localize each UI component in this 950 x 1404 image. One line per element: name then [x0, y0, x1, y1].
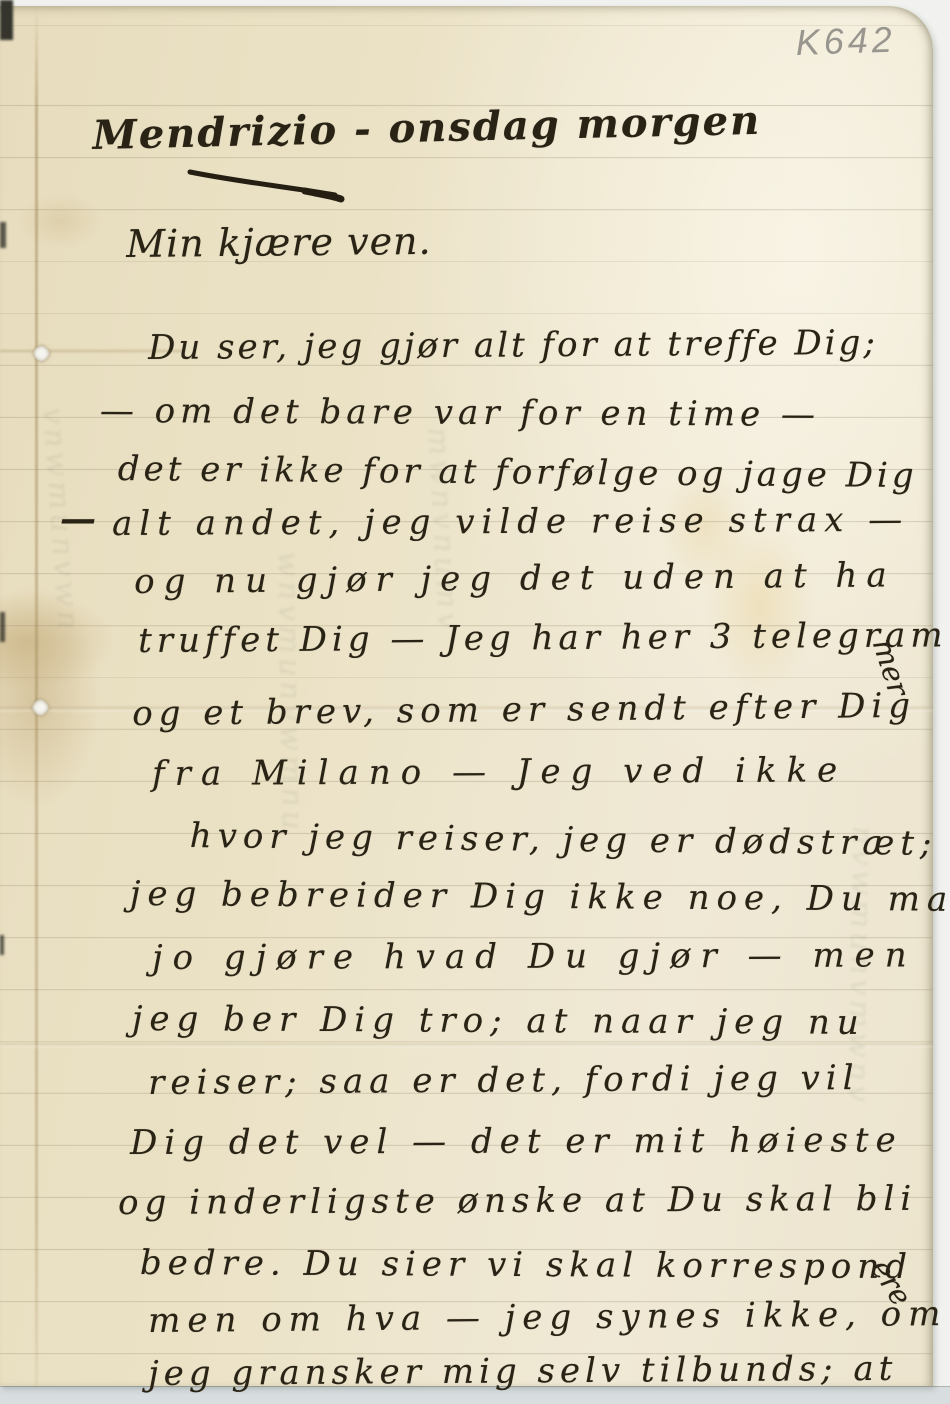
scanned-letter-page: { "scan": { "background_color": "#f1f2ef…	[0, 0, 950, 1404]
handwriting-line: og et brev, som er sendt efter Dig	[132, 686, 916, 734]
catalog-number-pencil: K642	[795, 19, 896, 64]
handwriting-line: reiser; saa er det, fordi jeg vil	[148, 1058, 860, 1103]
handwriting-line: men om hva — jeg synes ikke, om	[148, 1294, 948, 1341]
scan-edge-artifact	[0, 222, 6, 248]
heading-underline	[185, 164, 350, 206]
handwriting-line: hvor jeg reiser, jeg er dødstræt;	[190, 816, 938, 864]
handwriting-line: Dig det vel — det er mit høieste	[130, 1120, 903, 1163]
handwriting-line: fra Milano — Jeg ved ikke	[152, 750, 847, 794]
handwriting-line: jeg bebreider Dig ikke noe, Du maa	[130, 874, 950, 920]
horizontal-fold-crease	[0, 1043, 933, 1045]
punch-hole	[30, 697, 51, 718]
handwriting-line: og nu gjør jeg det uden at ha	[134, 555, 896, 602]
handwriting-line: truffet Dig — Jeg har her 3 telegram	[138, 615, 948, 661]
scan-edge-artifact	[0, 612, 5, 642]
scan-edge-artifact	[0, 935, 4, 955]
handwriting-line: jeg ber Dig tro; at naar jeg nu	[132, 999, 866, 1043]
letter-heading: Mendrizio - onsdag morgen	[92, 97, 762, 159]
handwriting-line: Du ser, jeg gjør alt for at treffe Dig;	[148, 323, 878, 368]
scan-edge-artifact	[0, 0, 13, 40]
handwriting-line: og inderligste ønske at Du skal bli	[118, 1179, 917, 1223]
vertical-fold-crease	[35, 6, 38, 1386]
handwriting-line: — om det bare var for en time —	[100, 391, 820, 435]
margin-dash-mark: —	[60, 498, 96, 540]
handwriting-line: bedre. Du sier vi skal korrespond	[140, 1243, 913, 1287]
letter-paper: K642 Mendrizio - onsdag morgen Min kjære…	[0, 6, 933, 1386]
handwriting-line: jeg gransker mig selv tilbunds; at	[148, 1349, 897, 1394]
handwriting-line: alt andet, jeg vilde reise strax —	[112, 500, 909, 544]
handwriting-line: jo gjøre hvad Du gjør — men	[152, 935, 917, 978]
letter-salutation: Min kjære ven.	[126, 219, 432, 266]
handwriting-line: det er ikke for at forfølge og jage Dig	[118, 449, 918, 496]
